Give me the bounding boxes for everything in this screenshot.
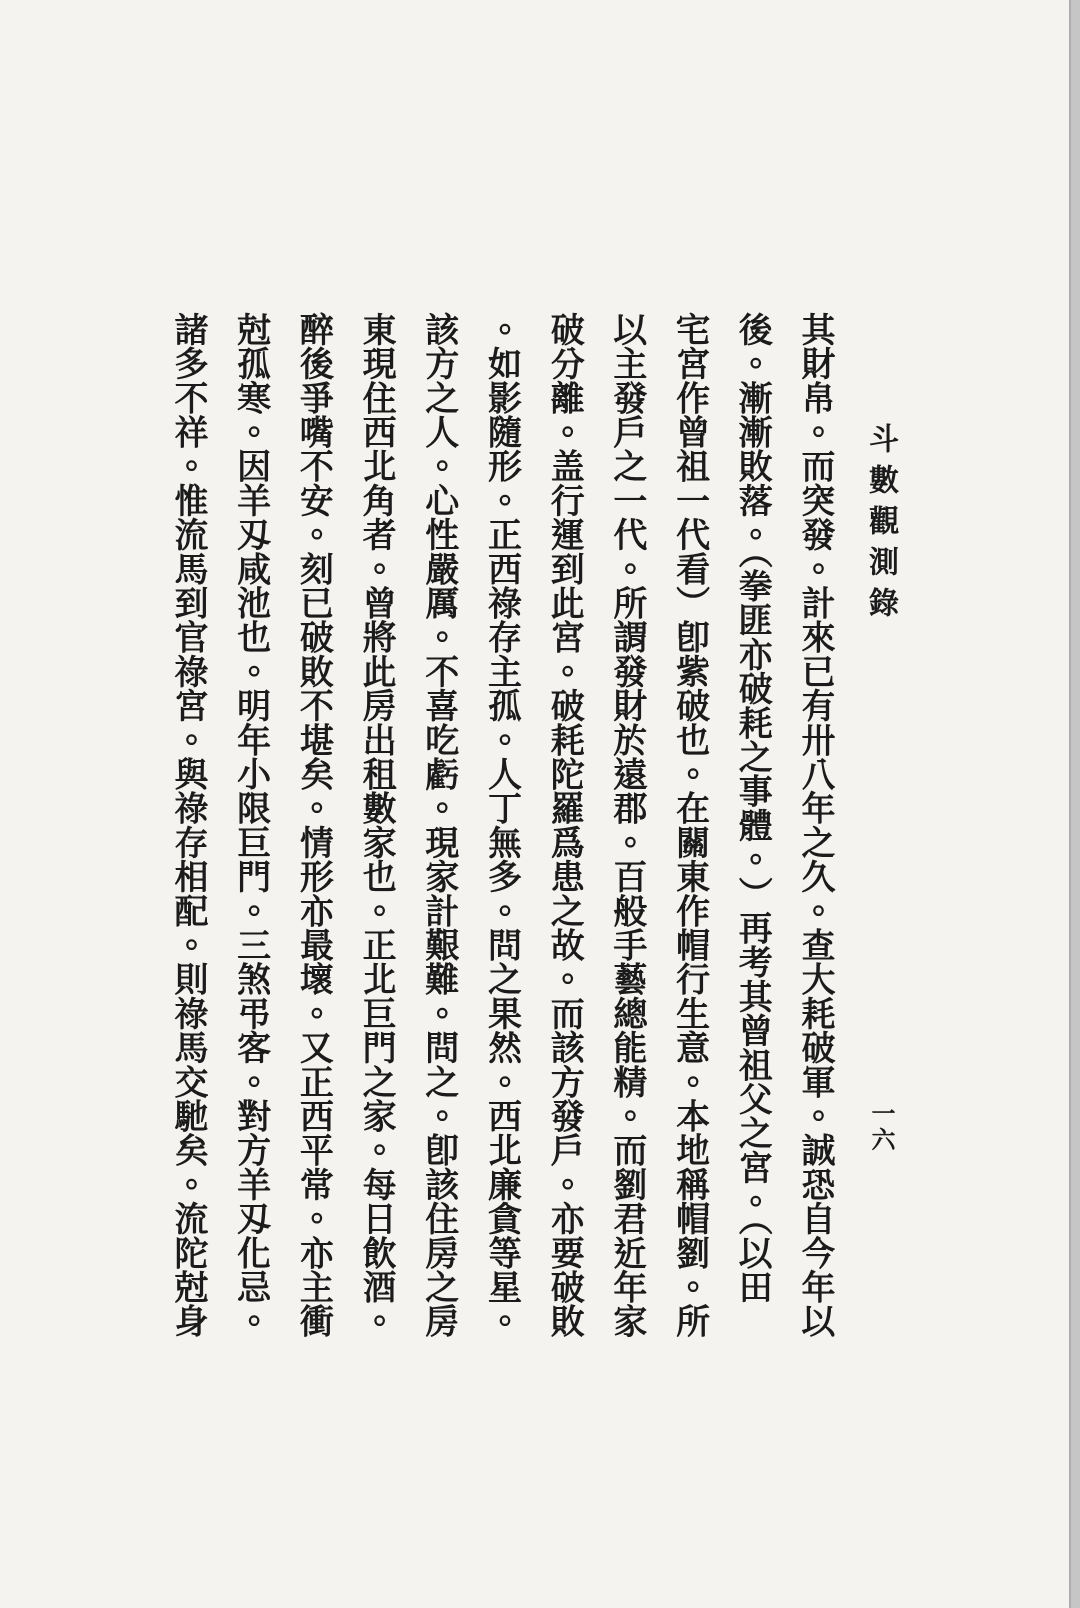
folio-page-number: 一六	[863, 1101, 898, 1153]
scan-edge-shadow	[1069, 0, 1080, 1608]
book-margin-title: 斗數觀測錄	[858, 423, 902, 628]
text-column-7: 該方之人。心性嚴厲。不喜吃虧。現家計艱難。問之。卽該住房之房	[406, 312, 469, 1338]
text-column-2: 後。漸漸敗落。（拳匪亦破耗之事體。）再考其曾祖父之宮。（以田	[720, 312, 783, 1338]
scanned-book-page: 斗數觀測錄 一六 其財帛。而突發。計來已有卅八年之久。查大耗破軍。誠恐自今年以 …	[0, 0, 1080, 1608]
text-column-10: 尅孤寒。因羊刄咸池也。明年小限巨門。三煞弔客。對方羊刄化忌。	[218, 312, 281, 1338]
text-column-9: 醉後爭嘴不安。刻已破敗不堪矣。情形亦最壞。又正西平常。亦主衝	[281, 312, 344, 1338]
text-column-5: 破分離。盖行運到此宮。破耗陀羅爲患之故。而該方發戶。亦要破敗	[531, 312, 594, 1338]
text-column-1: 其財帛。而突發。計來已有卅八年之久。查大耗破軍。誠恐自今年以	[782, 312, 845, 1338]
text-column-3: 宅宮作曾祖一代看）卽紫破也。在關東作帽行生意。本地稱帽劉。所	[657, 312, 720, 1338]
vertical-text-block: 其財帛。而突發。計來已有卅八年之久。查大耗破軍。誠恐自今年以 後。漸漸敗落。（拳…	[155, 312, 845, 1338]
text-column-11: 諸多不祥。惟流馬到官祿宮。與祿存相配。則祿馬交馳矣。流陀尅身	[155, 312, 218, 1338]
text-column-8: 東現住西北角者。曾將此房出租數家也。正北巨門之家。每日飲酒。	[343, 312, 406, 1338]
text-column-6: 。如影隨形。正西祿存主孤。人丁無多。問之果然。西北廉貪等星。	[469, 312, 532, 1338]
text-column-4: 以主發戶之一代。所謂發財於遠郡。百般手藝總能精。而劉君近年家	[594, 312, 657, 1338]
